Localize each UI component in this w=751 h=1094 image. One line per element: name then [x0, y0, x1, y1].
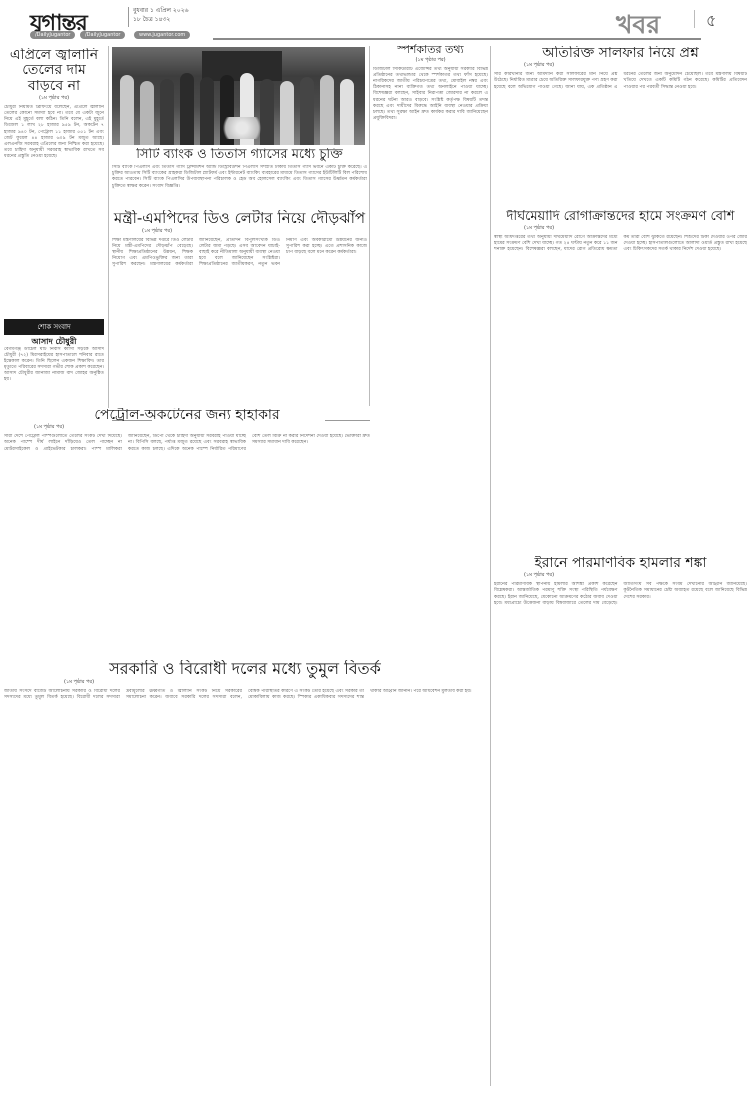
headline: ইরানে পারমাণবিক হামলার শঙ্কা — [494, 556, 747, 571]
headline: মন্ত্রী-এমপিদের ডিও লেটার নিয়ে দৌড়ঝাঁপ — [112, 210, 367, 227]
article-body: জাতীয় সংসদে বাজেট আলোচনায় সরকারি ও বির… — [4, 689, 486, 1084]
continuation-label: (১ম পৃষ্ঠার পর) — [494, 572, 747, 580]
continuation-label: (১ম পৃষ্ঠার পর) — [4, 424, 370, 432]
article-parliament-debate: সরকারি ও বিরোধী দলের মধ্যে তুমুল বিতর্ক … — [4, 660, 486, 1090]
section-divider — [694, 10, 695, 28]
photo-caption-article: সিটি ব্যাংক ও তিতাস গ্যাসের মধ্যে চুক্তি… — [112, 148, 367, 208]
article-fuel-price: এপ্রিলে জ্বালানি তেলের দাম বাড়বে না (১ম… — [4, 48, 104, 313]
website-link[interactable]: www.jugantor.com — [134, 31, 190, 39]
page-number: ৫ — [706, 8, 716, 35]
section-title: খবর — [616, 5, 660, 48]
column-rule — [108, 46, 109, 408]
headline: স্পর্শকাতর তথ্য — [373, 44, 488, 56]
caption-body: সিটি ব্যাংক পিএলসি এবং তিতাস গ্যাস ট্রান… — [112, 165, 367, 201]
logo-divider — [128, 7, 129, 27]
headline: অতিরিক্ত সালফার নিয়ে প্রশ্ন — [494, 46, 747, 61]
column-rule — [490, 46, 491, 1086]
photo-signing-ceremony — [112, 47, 365, 145]
continuation-label: (১ম পৃষ্ঠার পর) — [494, 225, 747, 233]
obituary-body: বেগমগঞ্জ ডাচেল ঘাট নিবাস ক্যাসা সড়কে আস… — [4, 347, 104, 411]
twitter-handle[interactable]: /DailyJugantor — [30, 31, 75, 39]
date-bengali: ১৮ চৈত্র ১৪৩২ — [133, 15, 189, 24]
flower-arrangement — [217, 117, 267, 139]
masthead: যুগান্তর বুধবার ১ এপ্রিল ২০২৬ ১৮ চৈত্র ১… — [0, 0, 751, 42]
headline: পেট্রোল-অকটেনের জন্য হাহাকার — [4, 408, 370, 423]
article-body: শিক্ষা মন্ত্রণালয়ের বিভিন্ন দপ্তরে ডিও … — [112, 238, 367, 398]
article-sensitive-info: স্পর্শকাতর তথ্য (১ম পৃষ্ঠার পর) ডিজিটাল … — [373, 44, 488, 544]
article-body: সার কারখানার জন্য আমদানি করা সালফারের মা… — [494, 72, 747, 192]
obituary-name: আসাদ চৌধুরী — [4, 338, 104, 347]
continuation-label: (১ম পৃষ্ঠার পর) — [4, 679, 486, 687]
article-sulfur: অতিরিক্ত সালফার নিয়ে প্রশ্ন (১ম পৃষ্ঠার… — [494, 46, 747, 196]
article-body: ডিজিটাল সিকিউরিটি এজেন্সির তথ্য অনুযায়ী… — [373, 67, 488, 537]
article-do-letter: মন্ত্রী-এমপিদের ডিও লেটার নিয়ে দৌড়ঝাঁপ… — [112, 210, 367, 400]
article-petrol-shortage: পেট্রোল-অকটেনের জন্য হাহাকার (১ম পৃষ্ঠার… — [4, 408, 370, 658]
article-body: চৌধুরী নিয়মিত ব্রিফিংয়ে বলেছেন, এপ্রিল… — [4, 105, 104, 295]
headline: দীর্ঘমেয়াদি রোগাক্রান্তদের হামে সংক্রমণ… — [494, 210, 747, 224]
continuation-label: (১ম পৃষ্ঠার পর) — [4, 95, 104, 103]
continuation-label: (১ম পৃষ্ঠার পর) — [494, 62, 747, 70]
article-iran-nuclear: ইরানে পারমাণবিক হামলার শঙ্কা (১ম পৃষ্ঠার… — [494, 556, 747, 1090]
headline: সরকারি ও বিরোধী দলের মধ্যে তুমুল বিতর্ক — [4, 660, 486, 678]
continuation-label: (১ম পৃষ্ঠার পর) — [373, 57, 488, 65]
caption-headline: সিটি ব্যাংক ও তিতাস গ্যাসের মধ্যে চুক্তি — [112, 148, 367, 162]
article-body: স্বাস্থ্য অধিদপ্তরের তথ্য অনুযায়ী দীর্ঘ… — [494, 235, 747, 535]
facebook-handle[interactable]: /DailyJugantor — [80, 31, 125, 39]
continuation-label: (১ম পৃষ্ঠার পর) — [112, 228, 367, 236]
article-body: ইরানের পারমাণবিক স্থাপনায় হামলার আশঙ্কা… — [494, 582, 747, 1082]
article-chronic-measles: দীর্ঘমেয়াদি রোগাক্রান্তদের হামে সংক্রমণ… — [494, 210, 747, 550]
article-body: সারা দেশে পেট্রোল পাম্পগুলোতে তেলের সংকট… — [4, 434, 370, 649]
column-rule — [369, 46, 370, 406]
obituary-label: শোক সংবাদ — [4, 319, 104, 335]
obituary: শোক সংবাদ আসাদ চৌধুরী বেগমগঞ্জ ডাচেল ঘাট… — [4, 316, 104, 411]
date-gregorian: বুধবার ১ এপ্রিল ২০২৬ — [133, 6, 189, 15]
headline: এপ্রিলে জ্বালানি তেলের দাম বাড়বে না — [4, 48, 104, 94]
dateline: বুধবার ১ এপ্রিল ২০২৬ ১৮ চৈত্র ১৪৩২ — [133, 6, 189, 24]
